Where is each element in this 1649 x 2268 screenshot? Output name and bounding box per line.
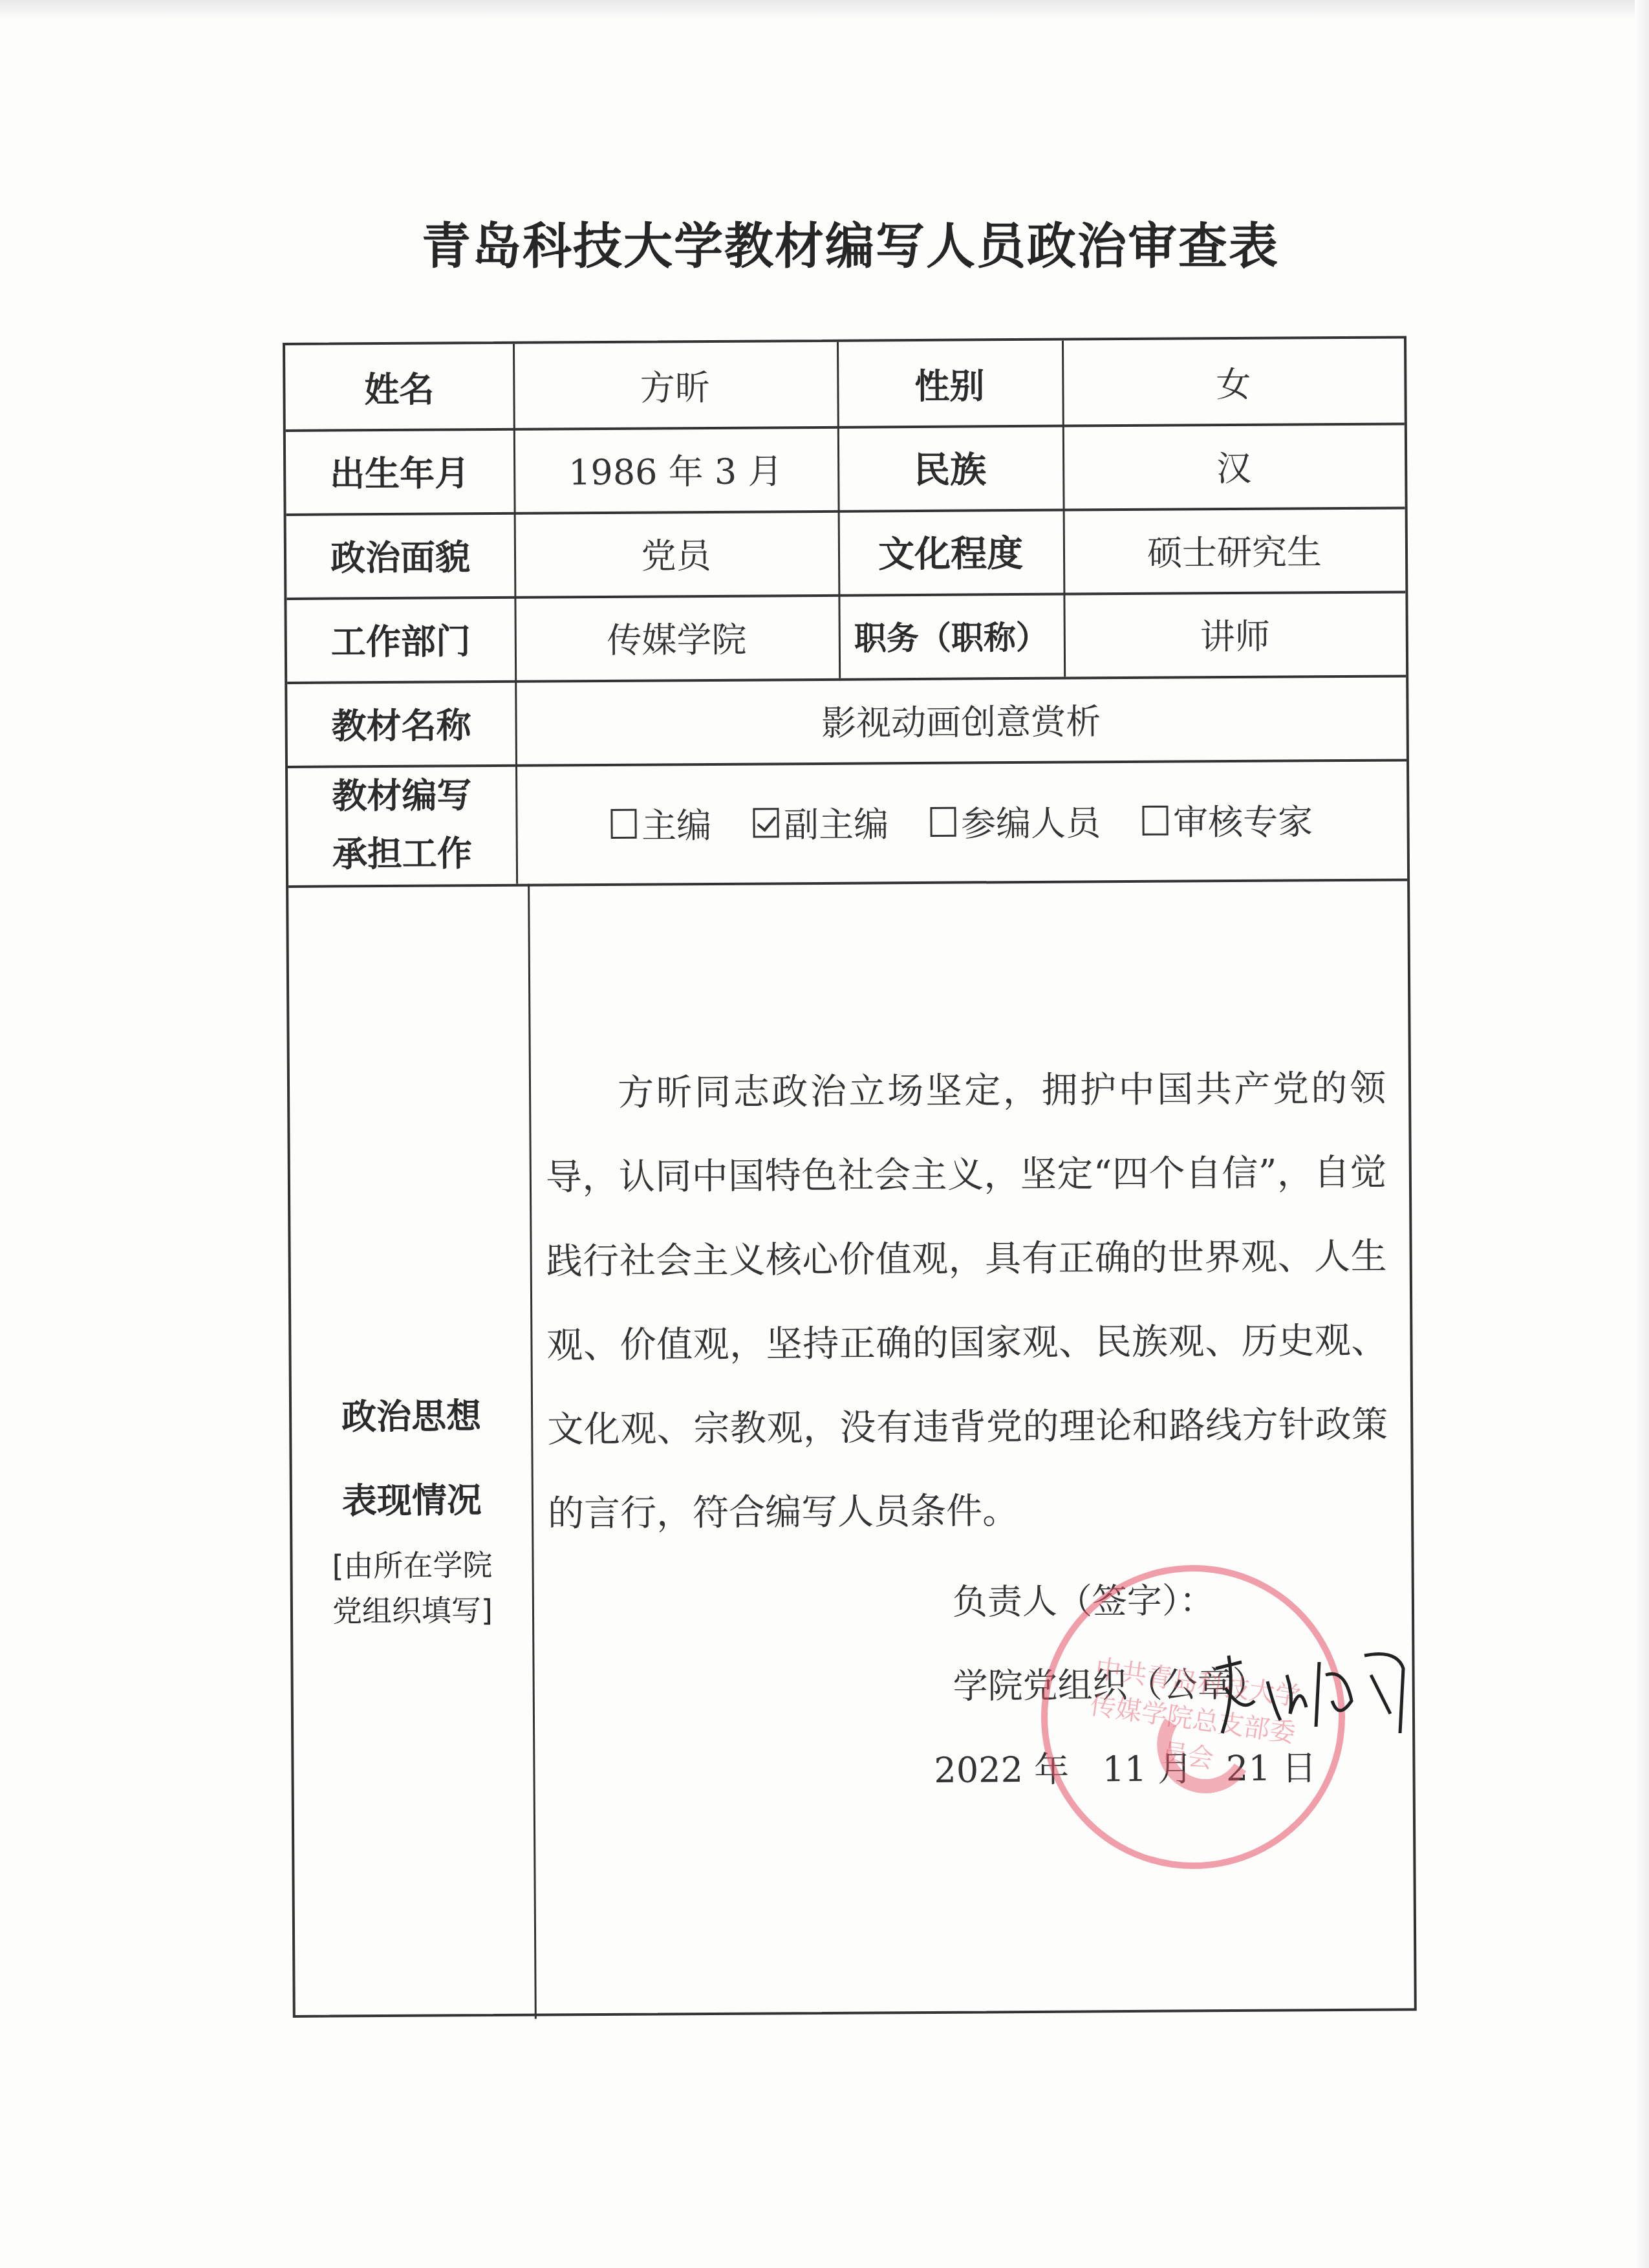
label-name: 姓名 [285,344,513,429]
checkbox-checked-icon[interactable] [753,808,779,837]
label-title: 职务（职称） [838,593,1064,678]
role-label: 审核专家 [1173,794,1313,845]
handwritten-signature [1203,1643,1539,1740]
role-option-chief-editor[interactable]: 主编 [610,798,711,848]
date-year: 2022 [934,1749,1023,1791]
label-role-line1: 教材编写 [332,766,472,825]
checkbox-icon[interactable] [610,808,636,838]
label-role: 教材编写 承担工作 [288,764,516,885]
role-label: 参编人员 [961,795,1101,846]
scan-edge-right [1635,0,1649,2268]
value-birth: 1986 年 3 月 [513,426,838,512]
role-option-deputy-editor[interactable]: 副主编 [753,797,889,847]
political-label-line1: 政治思想 [341,1374,482,1459]
label-role-line2: 承担工作 [332,825,473,883]
label-birth: 出生年月 [286,428,514,513]
role-option-reviewer[interactable]: 审核专家 [1142,794,1313,845]
political-note-line1: [由所在学院 [332,1542,492,1589]
label-department: 工作部门 [286,596,515,682]
value-title: 讲师 [1063,590,1406,676]
scan-edge-top [0,0,1649,19]
value-name: 方昕 [513,342,837,428]
value-textbook-name: 影视动画创意赏析 [515,675,1407,764]
checkbox-icon[interactable] [1142,805,1168,835]
role-options: 主编 副主编 参编人员 审核专家 [515,759,1408,883]
label-gender: 性别 [837,341,1062,426]
assessment-paragraph: 方昕同志政治立场坚定，拥护中国共产党的领导，认同中国特色社会主义，坚定“四个自信… [545,1047,1389,1557]
political-note-line2: 党组织填写] [332,1588,493,1634]
political-label-line2: 表现情况 [342,1458,482,1543]
value-political-status: 党员 [514,510,839,596]
page-title: 青岛科技大学教材编写人员政治审查表 [26,207,1649,277]
label-textbook-name: 教材名称 [287,680,515,766]
role-label: 副主编 [784,797,889,847]
value-education: 硕士研究生 [1063,506,1406,592]
role-option-contributor[interactable]: 参编人员 [930,795,1101,847]
value-gender: 女 [1062,338,1405,424]
political-assessment-text: 方昕同志政治立场坚定，拥护中国共产党的领导，认同中国特色社会主义，坚定“四个自信… [544,879,1388,1557]
label-ethnicity: 民族 [837,425,1063,510]
value-department: 传媒学院 [514,594,839,680]
political-label: 政治思想 表现情况 [由所在学院 党组织填写] [288,884,535,2020]
label-education: 文化程度 [838,509,1064,594]
role-label: 主编 [641,798,711,848]
label-political-status: 政治面貌 [286,512,515,598]
value-ethnicity: 汉 [1062,422,1406,508]
checkbox-icon[interactable] [930,806,956,836]
